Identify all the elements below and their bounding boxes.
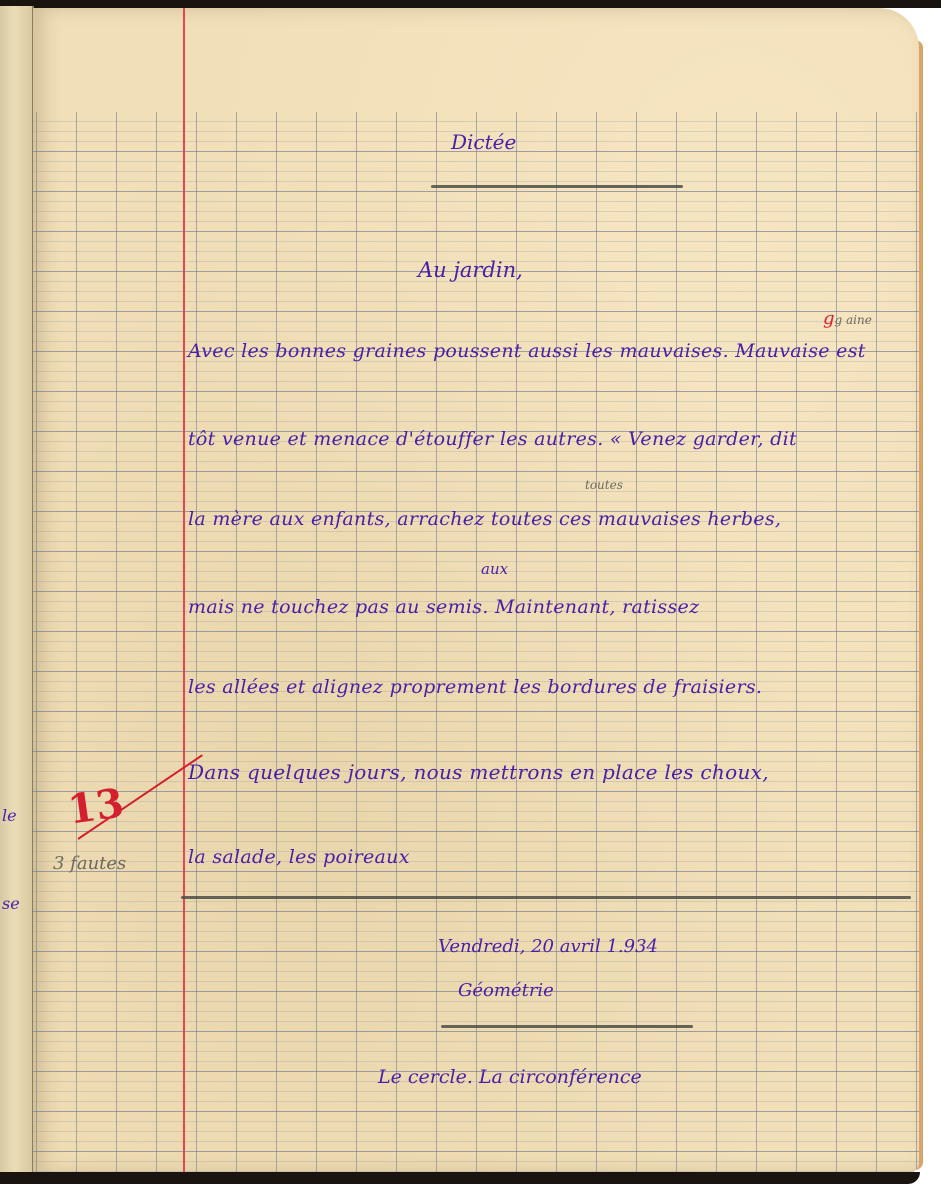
next-lesson: Le cercle. La circonférence — [378, 1066, 642, 1088]
spine-fragment: se — [2, 894, 20, 913]
next-subject: Géométrie — [458, 980, 554, 1001]
spine-fragment: le — [2, 806, 17, 825]
end-rule — [181, 896, 911, 899]
title-underline — [431, 185, 683, 188]
correction-line1: gg aine — [823, 308, 872, 329]
correction-line3: toutes — [585, 478, 623, 492]
scan-top-shadow — [0, 0, 941, 8]
scan-bottom-shadow — [0, 1172, 920, 1184]
dictation-line-7: la salade, les poireaux — [188, 846, 410, 868]
dictation-line-3: la mère aux enfants, arrachez toutes ces… — [188, 508, 781, 530]
notebook-page: Dictée Au jardin, gg aine Avec les bonne… — [33, 8, 919, 1174]
page-title: Dictée — [451, 130, 516, 154]
dictation-line-5: les allées et alignez proprement les bor… — [188, 676, 762, 698]
subject-underline — [441, 1025, 693, 1028]
dictation-line-2: tôt venue et menace d'étouffer les autre… — [188, 428, 797, 450]
correction-line4: aux — [481, 560, 508, 578]
lesson-date: Vendredi, 20 avril 1.934 — [438, 936, 658, 957]
mistakes-count: 3 fautes — [53, 853, 126, 874]
dictation-line-6: Dans quelques jours, nous mettrons en pl… — [188, 760, 769, 784]
dictation-subtitle: Au jardin, — [418, 258, 523, 282]
dictation-line-4: mais ne touchez pas au semis. Maintenant… — [188, 596, 699, 618]
red-margin-line — [183, 8, 185, 1174]
notebook-spine: le se — [0, 6, 34, 1176]
dictation-line-1: Avec les bonnes graines poussent aussi l… — [188, 340, 866, 362]
